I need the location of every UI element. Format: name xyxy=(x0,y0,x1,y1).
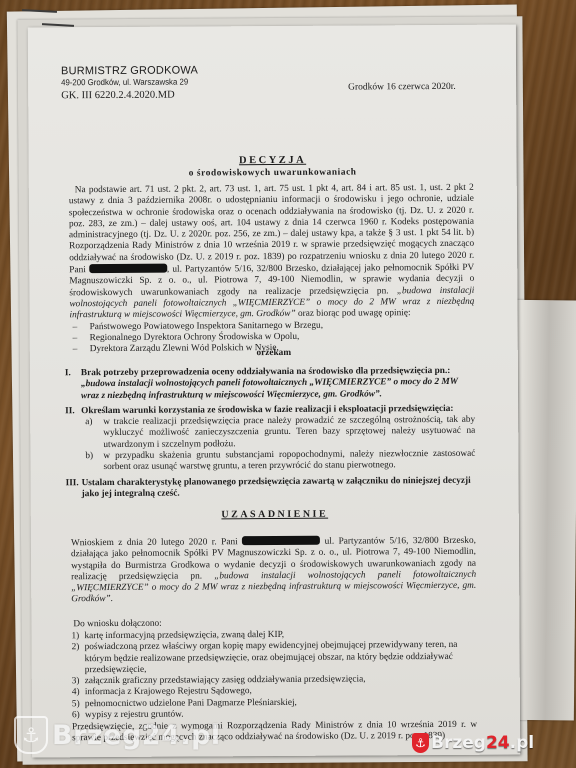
redacted-name xyxy=(89,264,167,273)
anchor-shield-icon: ⚓ xyxy=(412,733,429,753)
justification-paragraph: Wnioskiem z dnia 20 lutego 2020 r. Pani … xyxy=(71,535,476,606)
justification-text: Wnioskiem z dnia 20 lutego 2020 r. Pani xyxy=(71,537,242,548)
condition-text: w trakcie realizacji przedsięwzięcia pra… xyxy=(103,415,475,451)
letterhead: BURMISTRZ GRODKOWA 49-200 Grodków, ul. W… xyxy=(61,64,199,101)
ruling-text: Ustalam charakterystykę planowanego prze… xyxy=(82,475,476,500)
attachment-text: pełnomocnictwo udzielone Pani Dagmarze P… xyxy=(85,698,297,711)
reference-number: GK. III 6220.2.4.2020.MD xyxy=(61,89,199,101)
ruling-3: III. Ustalam charakterystykę planowanego… xyxy=(66,475,476,500)
condition-item: a) w trakcie realizacji przedsięwzięcia … xyxy=(85,415,475,451)
organization-address: 49-200 Grodków, ul. Warszawska 29 xyxy=(61,77,188,88)
brand-suffix: .pl xyxy=(510,733,534,753)
watermark-brand: Brzeg24.pl xyxy=(431,733,534,753)
attachment-number: 2) xyxy=(72,642,85,676)
attachment-number: 5) xyxy=(72,699,85,710)
organization-name: BURMISTRZ GRODKOWA xyxy=(61,64,199,77)
redacted-name xyxy=(242,536,320,545)
watermark-right: ⚓ Brzeg24.pl xyxy=(412,733,534,753)
condition-label: a) xyxy=(85,417,103,451)
watermark-left: ⚓ Brzeg24.pl xyxy=(14,716,221,754)
place-and-date: Grodków 16 czerwca 2020r. xyxy=(348,82,456,94)
ruling-number: I. xyxy=(65,368,81,379)
brand-prefix: Brzeg xyxy=(431,733,486,753)
condition-label: b) xyxy=(85,451,103,474)
condition-text: w przypadku skażenia gruntu substancjami… xyxy=(103,449,475,474)
attachment-number: 4) xyxy=(72,688,85,699)
document-title-text: DECYZJA xyxy=(239,155,306,166)
ruling-heading: orzekam xyxy=(30,347,518,361)
attachment-number: 1) xyxy=(71,631,84,642)
anchor-shield-icon: ⚓ xyxy=(14,716,48,754)
legal-basis-text: Na podstawie art. 71 ust. 2 pkt. 2, art.… xyxy=(69,183,474,276)
attachments-list: 1)kartę informacyjną przedsięwzięcia, zw… xyxy=(71,629,472,722)
conditions-list: a) w trakcie realizacji przedsięwzięcia … xyxy=(65,415,475,474)
attachment-number: 3) xyxy=(72,676,85,687)
attachment-text: poświadczoną przez właściwy organ kopię … xyxy=(85,640,472,676)
brand-accent: 24 xyxy=(486,733,510,753)
justification-heading: UZASADNIENIE xyxy=(31,508,519,522)
justification-heading-text: UZASADNIENIE xyxy=(221,509,328,521)
ruling-1: I. Brak potrzeby przeprowadzenia oceny o… xyxy=(65,366,475,402)
attachments-intro: Do wniosku dołączono: xyxy=(73,619,161,631)
legal-basis-text-end: oraz biorąc pod uwagę opinię: xyxy=(296,308,411,319)
document-page: BURMISTRZ GRODKOWA 49-200 Grodków, ul. W… xyxy=(28,25,520,758)
ruling-number: III. xyxy=(66,478,82,501)
rulings-section: I. Brak potrzeby przeprowadzenia oceny o… xyxy=(65,366,476,505)
ruling-2: II. Określam warunki korzystania ze środ… xyxy=(65,404,475,474)
document-title: DECYZJA xyxy=(29,154,517,168)
legal-basis-paragraph: Na podstawie art. 71 ust. 2 pkt. 2, art.… xyxy=(69,183,475,356)
condition-item: b) w przypadku skażenia gruntu substancj… xyxy=(85,449,475,474)
ruling-number: II. xyxy=(65,406,81,417)
ruling-description: „budowa instalacji wolnostojących paneli… xyxy=(65,377,475,402)
attachment-item: 2)poświadczoną przez właściwy organ kopi… xyxy=(72,640,472,676)
document-subtitle: o środowiskowych uwarunkowaniach xyxy=(29,167,517,181)
watermark-text: Brzeg24.pl xyxy=(52,720,221,751)
